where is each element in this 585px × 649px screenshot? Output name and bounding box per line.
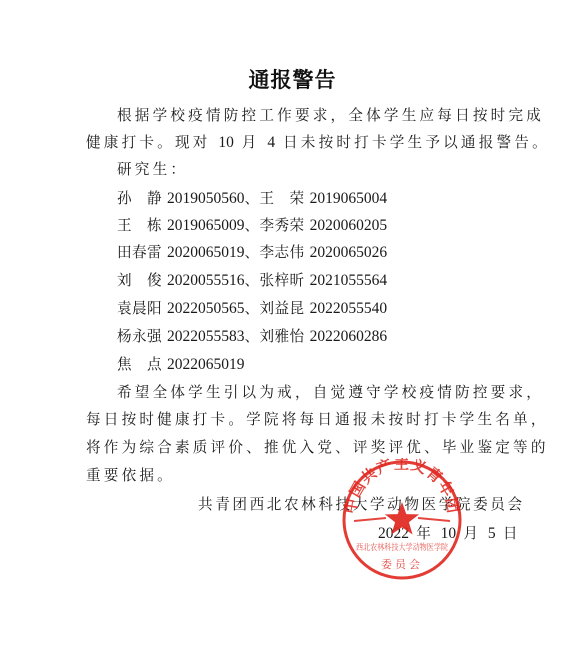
student-name: 张梓昕 [260, 272, 305, 289]
signature-organization: 共青团西北农林科技大学动物医学院委员会 [198, 495, 525, 515]
student-name: 袁晨阳 [117, 300, 162, 317]
document-title: 通报警告 [0, 64, 585, 94]
category-label: 研究生： [117, 160, 188, 180]
student-id: 2020060205 [310, 217, 388, 234]
student-id: 2019065009 [167, 217, 245, 234]
student-name: 王 荣 [260, 190, 305, 207]
intro-paragraph-line-1: 根据学校疫情防控工作要求，全体学生应每日按时完成 [117, 106, 544, 126]
student-name: 李志伟 [260, 244, 305, 261]
student-id: 2022060286 [310, 328, 388, 345]
intro-paragraph-line-2: 健康打卡。现对 10 月 4 日未按时打卡学生予以通报警告。 [86, 133, 550, 153]
student-id: 2022055583 [167, 328, 245, 345]
official-seal-stamp: 中国共产主义青年团 西北农林科技大学动物医学院 委员会 [340, 458, 464, 582]
student-id: 2022065019 [167, 356, 245, 373]
student-list-row: 袁晨阳 2022050565、刘益昆 2022055540 [117, 299, 387, 319]
report-month: 10 [218, 134, 234, 151]
report-day: 4 [267, 134, 275, 151]
student-id: 2020065026 [310, 244, 388, 261]
student-id: 2022055540 [310, 300, 388, 317]
signature-date: 2022 年 10 月 5 日 [378, 524, 520, 544]
student-list-row: 焦 点 2022065019 [117, 355, 245, 375]
student-name: 王 栋 [117, 217, 162, 234]
student-name: 焦 点 [117, 356, 162, 373]
student-name: 刘 俊 [117, 272, 162, 289]
student-name: 刘雅怡 [260, 328, 305, 345]
student-list-row: 王 栋 2019065009、李秀荣 2020060205 [117, 216, 387, 236]
student-id: 2020055516 [167, 272, 245, 289]
student-name: 杨永强 [117, 328, 162, 345]
student-list-row: 田春雷 2020065019、李志伟 2020065026 [117, 243, 387, 263]
student-list-row: 杨永强 2022055583、刘雅怡 2022060286 [117, 327, 387, 347]
student-list-row: 孙 静 2019050560、王 荣 2019065004 [117, 189, 387, 209]
stamp-bottom-text: 委员会 [381, 557, 423, 571]
student-id: 2020065019 [167, 244, 245, 261]
student-id: 2019065004 [310, 190, 388, 207]
student-list-row: 刘 俊 2020055516、张梓昕 2021055564 [117, 271, 387, 291]
student-name: 孙 静 [117, 190, 162, 207]
student-id: 2021055564 [310, 272, 388, 289]
student-id: 2022050565 [167, 300, 245, 317]
student-name: 田春雷 [117, 244, 162, 261]
closing-paragraph-line-1: 希望全体学生引以为戒，自觉遵守学校疫情防控要求， [117, 383, 544, 403]
closing-paragraph-line-3: 将作为综合素质评价、推优入党、评奖评优、毕业鉴定等的 [86, 438, 549, 458]
student-id: 2019050560 [167, 190, 245, 207]
student-name: 李秀荣 [260, 217, 305, 234]
closing-paragraph-line-4: 重要依据。 [86, 466, 175, 486]
student-name: 刘益昆 [260, 300, 305, 317]
closing-paragraph-line-2: 每日按时健康打卡。学院将每日通报未按时打卡学生名单， [86, 410, 549, 430]
